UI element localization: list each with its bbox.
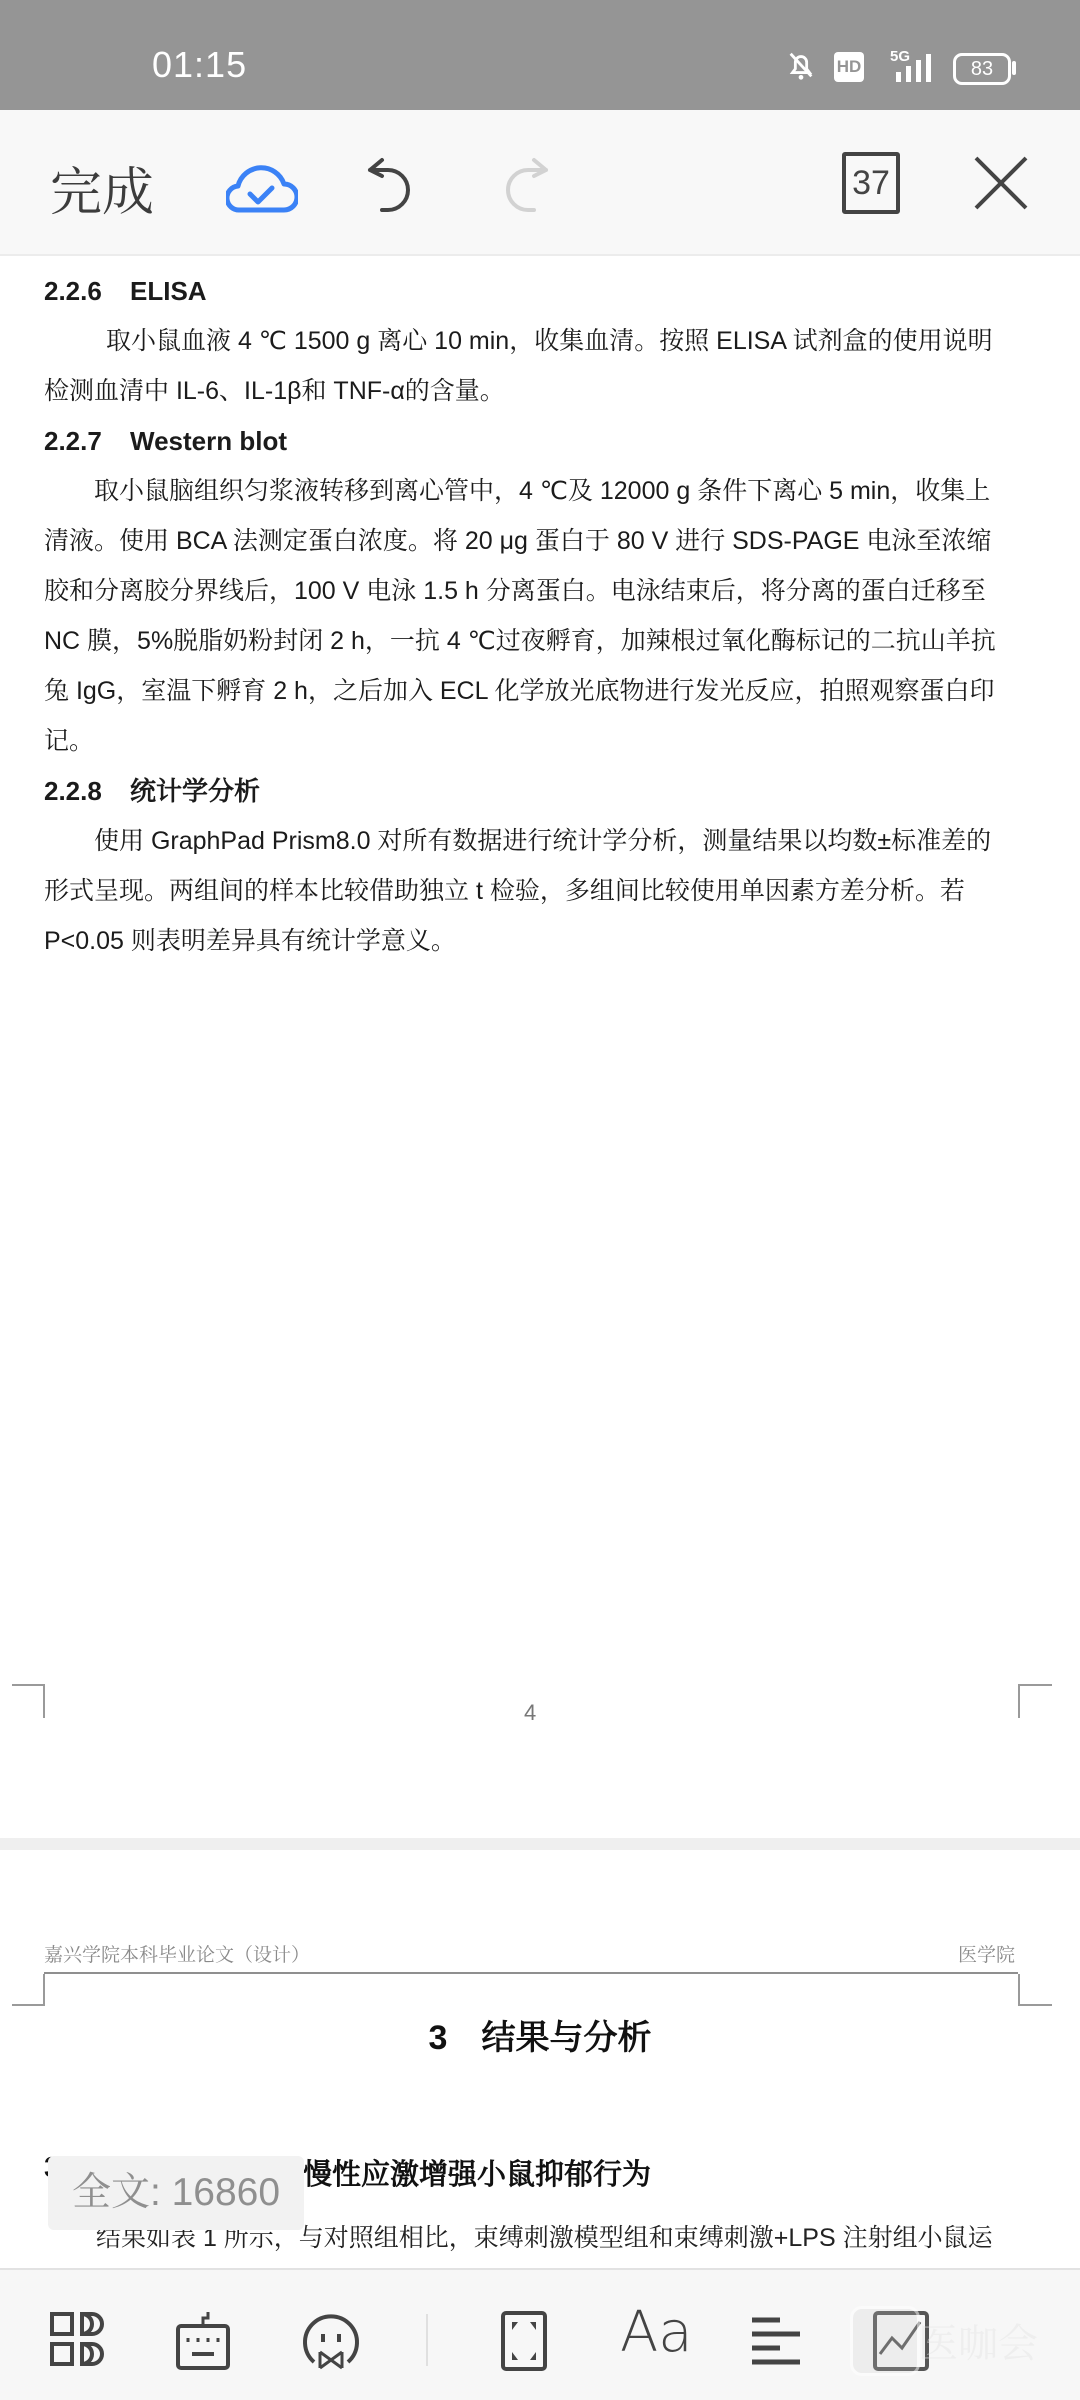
redo-icon[interactable] <box>500 156 550 216</box>
battery-icon: 83 <box>953 53 1011 85</box>
paragraph-line: NC 膜，5%脱脂奶粉封闭 2 h，一抗 4 ℃过夜孵育，加辣根过氧化酶标记的二… <box>44 616 1018 666</box>
page-corner-mark <box>1018 1684 1052 1718</box>
editor-toolbar: 完成 37 <box>0 110 1080 256</box>
toolbar-divider <box>426 2314 428 2366</box>
chapter-title: 3 结果与分析 <box>0 2010 1080 2059</box>
section-heading-2-2-8: 2.2.8统计学分析 <box>44 766 1018 816</box>
page-corner-mark <box>12 1684 45 1718</box>
page-separator <box>0 1838 1080 1850</box>
page-corner-mark <box>12 1974 45 2006</box>
5g-signal-icon <box>894 52 934 84</box>
page-number: 4 <box>524 1700 536 1726</box>
fullscreen-icon[interactable] <box>500 2310 548 2372</box>
paragraph-line: 使用 GraphPad Prism8.0 对所有数据进行统计学分析，测量结果以均… <box>44 816 1018 866</box>
section-number: 2.2.7 <box>44 416 130 466</box>
paragraph-line: 清液。使用 BCA 法测定蛋白浓度。将 20 μg 蛋白于 80 V 进行 SD… <box>44 516 1018 566</box>
watermark-text: 医咖会 <box>918 2312 1038 2369</box>
status-bar: 01:15 HD 5G 83 <box>0 0 1080 110</box>
battery-tip <box>1012 61 1016 75</box>
page-count-icon[interactable]: 37 <box>842 152 900 214</box>
bell-muted-icon <box>786 50 816 82</box>
paragraph-line: 检测血清中 IL-6、IL-1β和 TNF-α的含量。 <box>44 366 1018 416</box>
undo-icon[interactable] <box>366 156 416 216</box>
section-title: 统计学分析 <box>130 776 260 806</box>
section-title: 慢性应激增强小鼠抑郁行为 <box>303 2152 651 2193</box>
section-heading-2-2-7: 2.2.7Western blot <box>44 416 1018 466</box>
watermark-icon <box>850 2306 920 2376</box>
paragraph-line: 形式呈现。两组间的样本比较借助独立 t 检验，多组间比较使用单因素方差分析。若 <box>44 866 1018 916</box>
page-corner-mark <box>1018 1974 1052 2006</box>
section-title: Western blot <box>130 426 287 456</box>
page-header-left: 嘉兴学院本科毕业论文（设计） <box>44 1940 310 1967</box>
section-heading-2-2-6: 2.2.6ELISA <box>44 266 1018 316</box>
paragraph-line: 取小鼠血液 4 ℃ 1500 g 离心 10 min，收集血清。按照 ELISA… <box>44 316 1018 366</box>
page-count: 37 <box>852 164 890 202</box>
word-count-badge[interactable]: 全文: 16860 <box>48 2156 304 2230</box>
voice-assistant-icon[interactable] <box>302 2310 360 2372</box>
section-number: 2.2.8 <box>44 766 130 816</box>
apps-icon[interactable] <box>48 2310 108 2370</box>
watermark-logo: 医咖会 <box>850 2300 1050 2380</box>
section-number: 2.2.6 <box>44 266 130 316</box>
hd-icon: HD <box>834 52 864 82</box>
cloud-saved-icon[interactable] <box>226 154 298 216</box>
align-icon[interactable] <box>750 2316 802 2366</box>
keyboard-icon[interactable] <box>174 2310 232 2372</box>
close-icon[interactable] <box>972 154 1030 212</box>
paragraph-line: 兔 IgG，室温下孵育 2 h，之后加入 ECL 化学放光底物进行发光反应，拍照… <box>44 666 1018 716</box>
document-page-1[interactable]: 2.2.6ELISA 取小鼠血液 4 ℃ 1500 g 离心 10 min，收集… <box>44 266 1018 966</box>
done-button[interactable]: 完成 <box>50 150 154 225</box>
paragraph-line: 取小鼠脑组织匀浆液转移到离心管中，4 ℃及 12000 g 条件下离心 5 mi… <box>44 466 1018 516</box>
paragraph-line: P<0.05 则表明差异具有统计学意义。 <box>44 916 1018 966</box>
page-header-right: 医学院 <box>958 1940 1015 1967</box>
clock: 01:15 <box>152 44 247 86</box>
paragraph-line: 胶和分离胶分界线后，100 V 电泳 1.5 h 分离蛋白。电泳结束后，将分离的… <box>44 566 1018 616</box>
font-icon[interactable]: Aa <box>620 2300 693 2365</box>
battery-level: 83 <box>971 58 993 80</box>
paragraph-line: 记。 <box>44 716 1018 766</box>
section-title: ELISA <box>130 276 207 306</box>
header-rule <box>44 1972 1018 1974</box>
